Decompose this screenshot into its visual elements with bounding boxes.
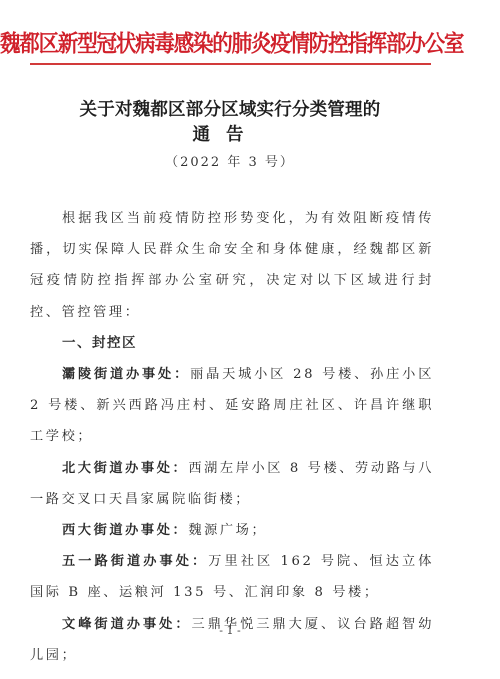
subdistrict-label: 灞陵街道办事处： [62,367,190,382]
list-item: 灞陵街道办事处：丽晶天城小区 28 号楼、孙庄小区 2 号楼、新兴西路冯庄村、延… [30,359,434,453]
document-number: （2022 年 3 号） [0,151,500,170]
issuing-organization-header: 魏都区新型冠状病毒感染的肺炎疫情防控指挥部办公室 [0,24,460,58]
list-item: 五一路街道办事处：万里社区 162 号院、恒达立体国际 B 座、运粮河 135 … [30,546,434,608]
list-item: 西大街道办事处：魏源广场； [30,515,434,546]
section-heading-text: 一、封控区 [62,335,137,351]
subdistrict-label: 西大街道办事处： [62,523,188,538]
section-heading: 一、封控区 [30,328,434,359]
notice-title-line-1: 关于对魏都区部分区域实行分类管理的 [0,96,500,121]
subdistrict-label: 五一路街道办事处： [62,554,208,569]
notice-title-line-2: 通告 [0,121,500,146]
intro-paragraph: 根据我区当前疫情防控形势变化，为有效阻断疫情传播，切实保障人民群众生命安全和身体… [30,203,434,328]
red-header-rule [30,63,431,65]
list-item: 文峰街道办事处：三鼎华悦三鼎大厦、议台路超智幼儿园； [30,609,434,671]
notice-body: 根据我区当前疫情防控形势变化，为有效阻断疫情传播，切实保障人民群众生命安全和身体… [30,203,434,671]
subdistrict-label: 北大街道办事处： [62,461,188,476]
page-number: - 1 - [0,624,500,637]
locations-text: 魏源广场； [188,523,267,538]
list-item: 北大街道办事处：西湖左岸小区 8 号楼、劳动路与八一路交叉口天昌家属院临街楼； [30,453,434,515]
